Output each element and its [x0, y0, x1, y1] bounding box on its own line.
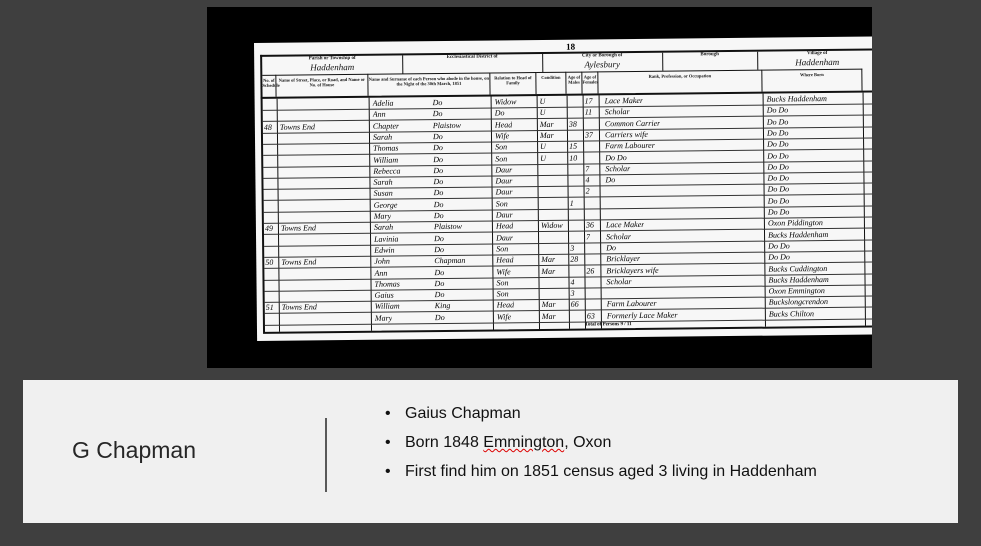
census-cell-female: 63 — [587, 311, 595, 320]
census-cell-born: Bucks Chilton — [769, 309, 814, 318]
census-cell-cond: Mar — [540, 131, 554, 140]
ecclesiastical-header: Ecclesiastical District of — [402, 54, 543, 73]
census-cell-cond: Widow — [541, 221, 563, 230]
census-cell-born: Do Do — [767, 140, 789, 149]
census-cell-sched: 50 — [265, 258, 273, 267]
census-cell-name: Ann — [374, 268, 387, 277]
census-cell-surname: Chapman — [434, 256, 465, 265]
census-cell-male: 3 — [571, 289, 575, 298]
census-cell-female: 37 — [585, 130, 593, 139]
census-cell-name: William — [373, 155, 398, 164]
census-cell-surname: Do — [433, 166, 443, 175]
divider — [325, 418, 327, 492]
census-cell-occupation: Carriers wife — [605, 130, 648, 139]
census-cell-name: Thomas — [374, 279, 399, 288]
census-cell-name: William — [375, 302, 400, 311]
census-cell-born: Do Do — [768, 253, 790, 262]
census-cell-name: Gaius — [375, 291, 394, 300]
census-cell-occupation: Farm Labourer — [605, 141, 655, 151]
census-cell-surname: Do — [433, 98, 443, 107]
census-cell-name: Mary — [375, 313, 392, 322]
col-name: Name and Surname of each Person who abod… — [368, 73, 490, 96]
census-cell-surname: Do — [434, 279, 444, 288]
census-cell-relation: Son — [496, 278, 508, 287]
census-cell-cond: U — [540, 97, 546, 106]
census-cell-relation: Widow — [495, 97, 517, 106]
census-cell-occupation: Scholar — [605, 164, 630, 173]
census-cell-born: Do Do — [768, 185, 790, 194]
census-cell-born: Do Do — [767, 162, 789, 171]
census-cell-surname: Do — [433, 132, 443, 141]
census-cell-relation: Head — [496, 222, 513, 231]
census-cell-female: 2 — [586, 187, 590, 196]
census-cell-male: 3 — [570, 244, 574, 253]
spellcheck-flag: Emmington — [483, 434, 564, 451]
census-cell-born: Oxon Piddington — [768, 218, 823, 228]
census-cell-born: Oxon Emmington — [769, 286, 825, 296]
census-cell-cond: Mar — [540, 119, 554, 128]
census-cell-male: 4 — [570, 277, 574, 286]
census-cell-name: Sarah — [373, 132, 392, 141]
census-cell-name: George — [374, 200, 398, 209]
census-cell-name: Ann — [373, 110, 386, 119]
census-cell-relation: Son — [495, 143, 507, 152]
census-cell-surname: Do — [433, 177, 443, 186]
census-cell-surname: Plaistow — [434, 222, 462, 231]
total-persons: Total of Persons 9 / 11 — [585, 322, 632, 327]
census-cell-cond: U — [540, 108, 546, 117]
census-cell-relation: Daur — [496, 188, 513, 197]
census-cell-cond: Mar — [541, 266, 555, 275]
census-cell-occupation: Scholar — [606, 277, 631, 286]
census-cell-born: Do Do — [768, 207, 790, 216]
census-cell-occupation: Formerly Lace Maker — [607, 310, 678, 320]
census-cell-female: 36 — [586, 221, 594, 230]
census-cell-sched: 48 — [264, 122, 272, 131]
census-cell-male: 38 — [569, 119, 577, 128]
census-cell-name: Rebecca — [373, 166, 400, 175]
census-cell-relation: Head — [496, 255, 513, 264]
census-cell-relation: Head — [495, 120, 512, 129]
census-cell-born: Do Do — [767, 106, 789, 115]
census-cell-surname: Do — [433, 109, 443, 118]
census-cell-relation: Wife — [497, 312, 511, 321]
census-cell-female: 26 — [586, 266, 594, 275]
census-cell-occupation: Farm Labourer — [607, 299, 657, 309]
census-cell-male: 15 — [569, 142, 577, 151]
census-cell-sched: 49 — [265, 224, 273, 233]
census-image: 18 Parish or Township ofHaddenham Eccles… — [207, 7, 872, 368]
census-cell-female: 7 — [585, 164, 589, 173]
census-cell-street: Towns End — [280, 122, 315, 131]
census-cell-surname: Do — [433, 143, 443, 152]
census-cell-name: Edwin — [374, 245, 395, 254]
census-grid: Total of Persons 9 / 11 AdeliaDoWidowU17… — [261, 90, 872, 333]
census-cell-relation: Daur — [496, 233, 513, 242]
census-cell-relation: Wife — [496, 267, 510, 276]
col-born: Where Born — [762, 69, 862, 92]
census-cell-surname: Do — [434, 245, 444, 254]
census-cell-cond: Mar — [542, 300, 556, 309]
caption-panel: G Chapman Gaius Chapman Born 1848 Emming… — [23, 380, 958, 523]
census-cell-born: Do Do — [767, 128, 789, 137]
census-cell-cond: U — [540, 153, 546, 162]
bullet-item: First find him on 1851 census aged 3 liv… — [383, 462, 817, 491]
census-cell-female: 17 — [585, 96, 593, 105]
census-cell-born: Do Do — [768, 241, 790, 250]
census-cell-relation: Son — [495, 154, 507, 163]
col-relation: Relation to Head of Family — [490, 72, 536, 94]
census-cell-occupation: Bricklayer — [606, 254, 640, 263]
census-cell-surname: King — [435, 301, 451, 310]
slide-title: G Chapman — [72, 437, 196, 464]
census-cell-occupation: Lace Maker — [605, 96, 644, 105]
census-cell-relation: Head — [497, 301, 514, 310]
census-cell-female: 7 — [586, 232, 590, 241]
census-cell-name: Adelia — [373, 99, 394, 108]
census-cell-surname: Do — [435, 290, 445, 299]
census-cell-female: 11 — [585, 108, 593, 117]
census-cell-occupation: Scholar — [605, 107, 630, 116]
census-cell-relation: Son — [496, 244, 508, 253]
census-cell-cond: Mar — [542, 312, 556, 321]
census-cell-surname: Do — [434, 200, 444, 209]
census-cell-male: 1 — [570, 198, 574, 207]
census-cell-relation: Son — [497, 289, 509, 298]
col-age-female: Age of Females — [582, 71, 598, 93]
bullet-list: Gaius Chapman Born 1848 Emmington, Oxon … — [383, 404, 817, 491]
borough-header: Borough — [662, 52, 758, 71]
census-cell-relation: Do — [495, 109, 505, 118]
census-cell-surname: Do — [434, 188, 444, 197]
census-cell-relation: Daur — [496, 210, 513, 219]
census-cell-female: 4 — [585, 176, 589, 185]
census-cell-relation: Son — [496, 199, 508, 208]
bullet-item: Gaius Chapman — [383, 404, 817, 433]
census-cell-surname: Do — [434, 268, 444, 277]
census-cell-name: Sarah — [374, 223, 393, 232]
bullet-item: Born 1848 Emmington, Oxon — [383, 433, 817, 462]
census-cell-male: 66 — [571, 300, 579, 309]
census-cell-sched: 51 — [266, 303, 274, 312]
census-cell-street: Towns End — [281, 224, 316, 233]
census-sheet: 18 Parish or Township ofHaddenham Eccles… — [254, 36, 872, 341]
census-cell-occupation: Bricklayers wife — [606, 265, 658, 275]
census-cell-name: Sarah — [373, 178, 392, 187]
census-cell-born: Buckslongcrendon — [769, 297, 828, 307]
col-age-male: Age of Males — [566, 72, 582, 94]
census-page-number: 18 — [566, 42, 575, 52]
census-cell-name: Thomas — [373, 144, 398, 153]
census-cell-street: Towns End — [281, 258, 316, 267]
census-cell-born: Do Do — [767, 151, 789, 160]
col-street: Name of Street, Place, or Road, and Name… — [276, 74, 368, 97]
census-cell-surname: Plaistow — [433, 120, 461, 129]
census-cell-name: Mary — [374, 212, 391, 221]
census-cell-male: 10 — [569, 153, 577, 162]
col-occupation: Rank, Profession, or Occupation — [598, 70, 762, 94]
census-cell-occupation: Do — [605, 175, 615, 184]
city-header: City or Borough ofAylesbury — [542, 53, 663, 72]
census-cell-occupation: Scholar — [606, 232, 631, 241]
census-cell-name: John — [374, 257, 390, 266]
census-cell-surname: Do — [433, 155, 443, 164]
census-cell-cond: Mar — [541, 255, 555, 264]
census-cell-name: Chapter — [373, 121, 399, 130]
census-cell-relation: Daur — [495, 165, 512, 174]
census-cell-born: Do Do — [768, 196, 790, 205]
census-cell-surname: Do — [434, 234, 444, 243]
census-cell-occupation: Lace Maker — [606, 220, 645, 229]
census-cell-surname: Do — [435, 313, 445, 322]
census-cell-born: Bucks Cuddington — [768, 264, 827, 274]
census-cell-name: Lavinia — [374, 234, 399, 243]
census-cell-born: Do Do — [767, 117, 789, 126]
census-cell-name: Susan — [374, 189, 393, 198]
parish-header: Parish or Township ofHaddenham — [262, 55, 403, 74]
census-cell-cond: U — [540, 142, 546, 151]
census-cell-born: Do Do — [767, 173, 789, 182]
census-cell-street: Towns End — [282, 303, 317, 312]
census-cell-born: Bucks Haddenham — [767, 94, 827, 104]
census-cell-relation: Daur — [495, 176, 512, 185]
census-cell-occupation: Common Carrier — [605, 118, 660, 128]
census-cell-occupation: Do — [606, 243, 616, 252]
census-cell-relation: Wife — [495, 131, 509, 140]
census-cell-occupation: Do Do — [605, 153, 627, 162]
census-cell-surname: Do — [434, 211, 444, 220]
census-cell-male: 28 — [570, 255, 578, 264]
col-schedule: No. of Schedule — [262, 75, 276, 97]
census-cell-born: Bucks Haddenham — [768, 275, 828, 285]
village-header: Village ofHaddenham — [757, 50, 872, 69]
col-condition: Condition — [536, 72, 566, 94]
census-cell-born: Bucks Haddenham — [768, 230, 828, 240]
